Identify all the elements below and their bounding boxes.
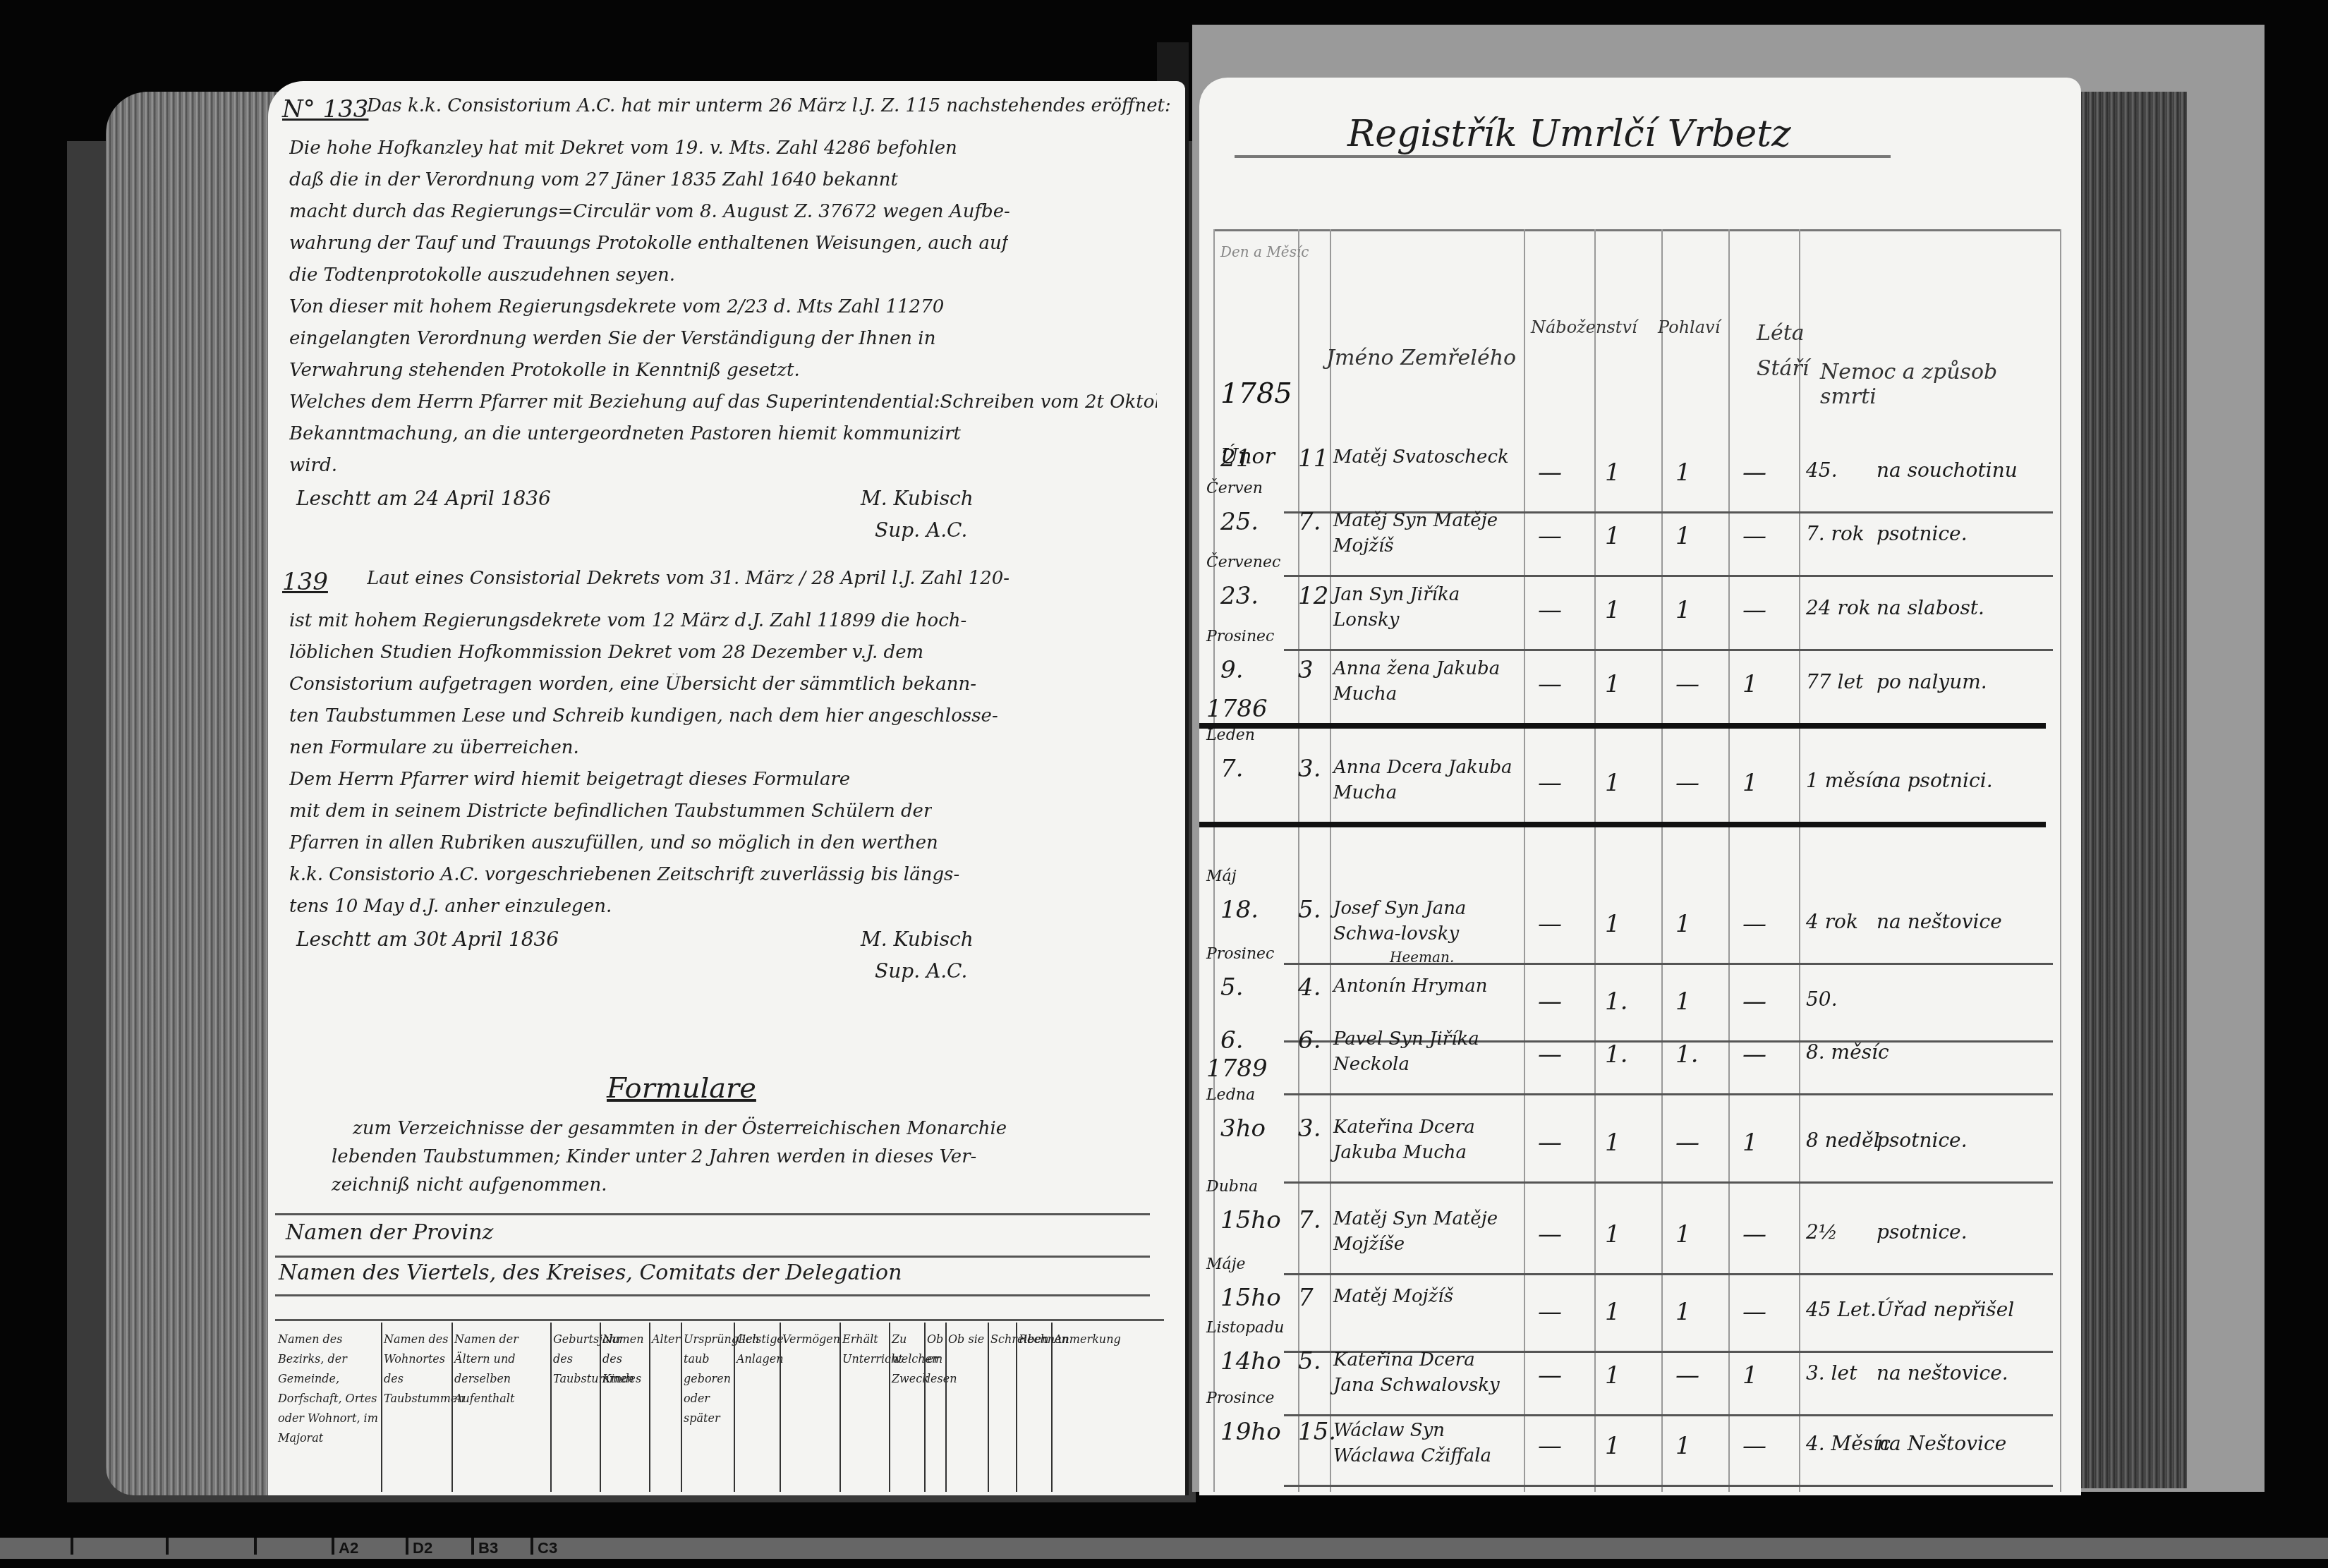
row-name: Matěj Syn Matěje Mojžíše <box>1333 1206 1520 1257</box>
row-age: 8. měsíc <box>1806 1040 1889 1064</box>
row-house: 6. <box>1298 1026 1321 1055</box>
entry-line: daß die in der Verordnung vom 27 Jäner 1… <box>289 169 898 190</box>
row-cause: Úřad nepřišel <box>1877 1298 2014 1321</box>
row-divider <box>1284 575 2053 577</box>
row-evangelical: 1 <box>1605 458 1620 487</box>
entry-line: wird. <box>289 455 337 476</box>
row-female: — <box>1742 987 1766 1016</box>
row-day: 6. <box>1220 1026 1243 1055</box>
formular-column-header: Anmerkung <box>1054 1330 1154 1349</box>
row-month: Červen <box>1206 480 1263 497</box>
entry-line: k.k. Consistorio A.C. vorgeschriebenen Z… <box>289 864 959 885</box>
entry-line: Die hohe Hofkanzley hat mit Dekret vom 1… <box>289 138 957 159</box>
formular-column-divider <box>734 1323 735 1492</box>
row-month: Ledna <box>1206 1086 1255 1104</box>
entry-line: Bekanntmachung, an die untergeordneten P… <box>289 423 961 444</box>
entry-place-date: Leschtt am 24 April 1836 <box>296 487 551 510</box>
formular-subtitle-line: zum Verzeichnisse der gesammten in der Ö… <box>353 1118 1007 1139</box>
entry-line: ten Taubstummen Lese und Schreib kundige… <box>289 705 998 727</box>
entry-place-date: Leschtt am 30t April 1836 <box>296 928 559 951</box>
entry-line: Laut eines Consistorial Dekrets vom 31. … <box>367 568 1010 589</box>
row-house: 7. <box>1298 1206 1321 1234</box>
header-age-sub: Stáří <box>1757 356 1809 381</box>
row-age: 1 měsíc <box>1806 769 1883 792</box>
row-male: 1 <box>1675 1432 1691 1460</box>
row-divider <box>1199 822 2046 827</box>
formular-column-header: Namen des Bezirks, der Gemeinde, Dorfsch… <box>278 1330 378 1448</box>
row-day: 19ho <box>1220 1418 1281 1446</box>
scan-ruler: A2 D2 B3 C3 <box>0 1538 2328 1559</box>
row-month: Prosinec <box>1206 945 1274 963</box>
row-male: — <box>1675 769 1699 797</box>
row-catholic: — <box>1538 1220 1562 1248</box>
row-male: — <box>1675 1129 1699 1157</box>
row-divider <box>1284 1414 2053 1416</box>
row-age: 45. <box>1806 458 1838 482</box>
row-month: Listopadu <box>1206 1319 1284 1337</box>
row-age: 50. <box>1806 987 1838 1011</box>
formular-column-header: Vermögen <box>782 1330 837 1349</box>
entry-line: löblichen Studien Hofkommission Dekret v… <box>289 642 923 663</box>
entry-signature: M. Kubisch <box>861 928 974 951</box>
row-cause: na neštovice. <box>1877 1361 2008 1385</box>
row-house: 11 <box>1298 444 1328 473</box>
row-male: — <box>1675 670 1699 698</box>
row-female: 1 <box>1742 1361 1758 1390</box>
row-catholic: — <box>1538 596 1562 624</box>
table-row: 2111Matěj Svatoscheck—11—45.na souchotin… <box>1199 444 2046 508</box>
formular-title: Formulare <box>607 1072 756 1105</box>
entry-line: nen Formulare zu überreichen. <box>289 737 579 758</box>
formular-column-divider <box>889 1323 890 1492</box>
formular-column-divider <box>1016 1323 1017 1492</box>
row-day: 9. <box>1220 656 1243 684</box>
row-age: 45 Let. <box>1806 1298 1877 1321</box>
entry-line: Von dieser mit hohem Regierungsdekrete v… <box>289 296 944 317</box>
row-month: Leden <box>1206 727 1255 744</box>
row-house: 3. <box>1298 755 1321 783</box>
row-age: 7. rok <box>1806 522 1865 545</box>
row-month: Dubna <box>1206 1178 1258 1196</box>
district-label: Namen des Viertels, des Kreises, Comitat… <box>279 1260 902 1285</box>
row-divider <box>1284 1093 2053 1095</box>
header-cause: Nemoc a způsob smrti <box>1820 360 2032 409</box>
row-male: — <box>1675 1361 1699 1390</box>
formular-column-divider <box>988 1323 989 1492</box>
row-female: — <box>1742 1220 1766 1248</box>
row-divider <box>1284 1273 2053 1275</box>
left-page: N° 133Das k.k. Consistorium A.C. hat mir… <box>268 81 1185 1495</box>
row-name: Josef Syn Jana Schwa-lovsky <box>1333 896 1520 947</box>
row-cause: na neštovice <box>1877 910 2002 933</box>
formular-column-header: Geistige Anlagen <box>736 1330 777 1369</box>
row-catholic: — <box>1538 987 1562 1016</box>
entry-line: Welches dem Herrn Pfarrer mit Beziehung … <box>289 391 1157 413</box>
formular-column-header: Alter <box>652 1330 678 1349</box>
row-evangelical: 1 <box>1605 769 1620 797</box>
header-date: Den a Měsíc <box>1220 243 1309 260</box>
row-female: — <box>1742 1298 1766 1326</box>
row-catholic: — <box>1538 1298 1562 1326</box>
row-cause: na souchotinu <box>1877 458 2018 482</box>
register-title: Registřík Umrlčí Vrbetz <box>1347 113 1791 155</box>
formular-column-divider <box>1051 1323 1053 1492</box>
row-evangelical: 1. <box>1605 987 1627 1016</box>
row-evangelical: 1 <box>1605 1361 1620 1390</box>
row-catholic: — <box>1538 522 1562 550</box>
row-name: Anna žena Jakuba Mucha <box>1333 656 1520 707</box>
row-day: 25. <box>1220 508 1259 536</box>
row-name: Anna Dcera Jakuba Mucha <box>1333 755 1520 806</box>
row-divider <box>1199 723 2046 729</box>
row-female: — <box>1742 522 1766 550</box>
row-house: 12 <box>1298 582 1328 610</box>
row-day: 21 <box>1220 444 1251 473</box>
row-catholic: — <box>1538 1040 1562 1069</box>
row-catholic: — <box>1538 910 1562 938</box>
formular-column-header: Ursprünglich taub geboren oder später <box>684 1330 731 1428</box>
row-evangelical: 1 <box>1605 1129 1620 1157</box>
row-month: Máj <box>1206 868 1236 885</box>
header-sex: Pohlaví <box>1658 317 1720 337</box>
row-evangelical: 1 <box>1605 522 1620 550</box>
row-female: 1 <box>1742 769 1758 797</box>
formular-subtitle-line: lebenden Taubstummen; Kinder unter 2 Jah… <box>332 1146 976 1167</box>
entry-line: die Todtenprotokolle auszudehnen seyen. <box>289 265 675 286</box>
entry-line: Verwahrung stehenden Protokolle in Kennt… <box>289 360 800 381</box>
row-male: 1 <box>1675 1220 1691 1248</box>
formular-column-divider <box>381 1323 382 1492</box>
row-catholic: — <box>1538 769 1562 797</box>
table-row: Máje15ho7Matěj Mojžíš—11—45 Let.Úřad nep… <box>1199 1284 2046 1347</box>
row-female: 1 <box>1742 1129 1758 1157</box>
formular-column-header: Geburtsjahr des Taubstummen <box>553 1330 597 1389</box>
row-note: Heeman. <box>1390 949 1454 966</box>
table-row: 6.6.Pavel Syn Jiříka Neckola—1.1.—8. měs… <box>1199 1026 2046 1090</box>
row-cause: psotnice. <box>1877 1129 1968 1152</box>
row-cause: na psotnici. <box>1877 769 1993 792</box>
row-name: Pavel Syn Jiříka Neckola <box>1333 1026 1520 1077</box>
table-row: Ledna17893ho3.Kateřina Dcera Jakuba Much… <box>1199 1114 2046 1178</box>
row-evangelical: 1 <box>1605 1432 1620 1460</box>
formular-column-divider <box>839 1323 841 1492</box>
row-day: 5. <box>1220 973 1243 1002</box>
formular-subtitle-line: zeichniß nicht aufgenommen. <box>332 1174 607 1196</box>
row-age: 77 let <box>1806 670 1863 693</box>
table-row: Červen25.7.Matěj Syn Matěje Mojžíš—11—7.… <box>1199 508 2046 571</box>
province-label: Namen der Provinz <box>286 1220 493 1245</box>
table-row: Dubna15ho7.Matěj Syn Matěje Mojžíše—11—2… <box>1199 1206 2046 1270</box>
entry-line: Dem Herrn Pfarrer wird hiemit beigetragt… <box>289 769 850 790</box>
row-evangelical: 1 <box>1605 596 1620 624</box>
row-day: 15ho <box>1220 1284 1281 1312</box>
entry-line: Pfarren in allen Rubriken auszufüllen, u… <box>289 832 938 853</box>
formular-column-header: Schreiben <box>990 1330 1013 1349</box>
row-female: — <box>1742 1432 1766 1460</box>
row-female: — <box>1742 596 1766 624</box>
formular-column-divider <box>451 1323 453 1492</box>
formular-column-header: Zu welchem Zweck <box>892 1330 921 1389</box>
row-female: — <box>1742 458 1766 487</box>
table-row: Máj18.5.Josef Syn Jana Schwa-lovsky—11—4… <box>1199 896 2046 959</box>
row-year: 1786 <box>1206 695 1268 723</box>
row-house: 4. <box>1298 973 1321 1002</box>
row-catholic: — <box>1538 458 1562 487</box>
formular-column-header: Erhält Unterricht <box>842 1330 886 1369</box>
row-male: 1 <box>1675 596 1691 624</box>
formular-column-divider <box>600 1323 601 1492</box>
row-house: 7. <box>1298 508 1321 536</box>
row-catholic: — <box>1538 1432 1562 1460</box>
row-catholic: — <box>1538 1361 1562 1390</box>
formular-column-header: Namen des Kindes <box>602 1330 646 1389</box>
row-house: 7 <box>1298 1284 1314 1312</box>
row-name: Kateřina Dcera Jana Schwalovsky <box>1333 1347 1520 1398</box>
row-age: 8 neděl <box>1806 1129 1880 1152</box>
page-edges-right <box>2067 92 2187 1488</box>
row-house: 3. <box>1298 1114 1321 1143</box>
row-female: — <box>1742 910 1766 938</box>
header-age: Léta <box>1757 321 1805 346</box>
row-name: Matěj Mojžíš <box>1333 1284 1520 1309</box>
formular-column-divider <box>780 1323 781 1492</box>
row-day: 23. <box>1220 582 1259 610</box>
row-evangelical: 1 <box>1605 670 1620 698</box>
row-male: 1 <box>1675 458 1691 487</box>
row-male: 1. <box>1675 1040 1698 1069</box>
header-name: Jméno Zemřelého <box>1326 346 1516 370</box>
entry-line: Consistorium aufgetragen worden, eine Üb… <box>289 674 976 695</box>
formular-column-header: Rechnen <box>1019 1330 1048 1349</box>
entry-number: 139 <box>282 568 328 596</box>
row-day: 7. <box>1220 755 1243 783</box>
row-cause: po nalyum. <box>1877 670 1987 693</box>
row-evangelical: 1 <box>1605 1298 1620 1326</box>
row-cause: psotnice. <box>1877 1220 1968 1244</box>
row-cause: na slabost. <box>1877 596 1984 619</box>
formular-column-header: Namen des Wohnortes des Taubstummen <box>384 1330 449 1409</box>
row-name: Wáclaw Syn Wáclawa Cžiffala <box>1333 1418 1520 1469</box>
row-age: 24 rok <box>1806 596 1871 619</box>
table-row: Listopadu14ho5.Kateřina Dcera Jana Schwa… <box>1199 1347 2046 1411</box>
formular-column-divider <box>924 1323 926 1492</box>
row-month: Prosince <box>1206 1390 1274 1407</box>
row-house: 3 <box>1298 656 1314 684</box>
entry-line: eingelangten Verordnung werden Sie der V… <box>289 328 935 349</box>
formular-column-divider <box>945 1323 947 1492</box>
header-year: 1785 <box>1220 377 1292 410</box>
row-evangelical: 1 <box>1605 910 1620 938</box>
row-divider <box>1284 1485 2053 1487</box>
header-religion: Náboženství <box>1531 317 1637 337</box>
row-catholic: — <box>1538 670 1562 698</box>
row-month: Máje <box>1206 1256 1245 1273</box>
row-male: 1 <box>1675 1298 1691 1326</box>
table-row: Leden17867.3.Anna Dcera Jakuba Mucha—1—1… <box>1199 755 2046 818</box>
entry-line: tens 10 May d.J. anher einzulegen. <box>289 896 612 917</box>
row-name: Matěj Syn Matěje Mojžíš <box>1333 508 1520 559</box>
row-cause: psotnice. <box>1877 522 1968 545</box>
row-house: 5. <box>1298 1347 1321 1375</box>
row-age: 2½ <box>1806 1220 1838 1244</box>
row-month: Prosinec <box>1206 628 1274 645</box>
formular-column-header: Ob er lesen <box>927 1330 942 1389</box>
right-page: Registřík Umrlčí Vrbetz Den a Měsíc Jmén… <box>1199 78 2081 1495</box>
table-row: Prosince19ho15.Wáclaw Syn Wáclawa Cžiffa… <box>1199 1418 2046 1481</box>
formular-column-divider <box>681 1323 682 1492</box>
row-age: 3. let <box>1806 1361 1857 1385</box>
row-female: 1 <box>1742 670 1758 698</box>
entry-signature: M. Kubisch <box>861 487 974 510</box>
row-catholic: — <box>1538 1129 1562 1157</box>
row-name: Matěj Svatoscheck <box>1333 444 1520 470</box>
row-month: Červenec <box>1206 554 1280 571</box>
entry-signature: Sup. A.C. <box>875 518 967 542</box>
row-house: 15. <box>1298 1418 1336 1446</box>
row-male: 1 <box>1675 987 1691 1016</box>
formular-column-divider <box>649 1323 650 1492</box>
row-name: Kateřina Dcera Jakuba Mucha <box>1333 1114 1520 1165</box>
row-name: Antonín Hryman <box>1333 973 1520 999</box>
entry-line: ist mit hohem Regierungsdekrete vom 12 M… <box>289 610 966 631</box>
entry-line: mit dem in seinem Districte befindlichen… <box>289 801 932 822</box>
formular-column-divider <box>550 1323 552 1492</box>
row-cause: na Neštovice <box>1877 1432 2006 1455</box>
entry-line: wahrung der Tauf und Trauungs Protokolle… <box>289 233 1008 254</box>
row-male: 1 <box>1675 522 1691 550</box>
page-edges-left <box>106 92 282 1495</box>
row-divider <box>1284 649 2053 651</box>
row-day: 15ho <box>1220 1206 1281 1234</box>
table-row: Prosinec9.3Anna žena Jakuba Mucha—1—177 … <box>1199 656 2046 719</box>
formular-column-header: Ob sie <box>948 1330 985 1349</box>
row-female: — <box>1742 1040 1766 1069</box>
row-day: 3ho <box>1220 1114 1266 1143</box>
entry-number: N° 133 <box>282 95 368 123</box>
table-column-line <box>2060 229 2061 1492</box>
row-house: 5. <box>1298 896 1321 924</box>
table-row: Červenec23.12Jan Syn Jiříka Lonsky—11—24… <box>1199 582 2046 645</box>
entry-line: Das k.k. Consistorium A.C. hat mir unter… <box>367 95 1171 116</box>
row-male: 1 <box>1675 910 1691 938</box>
entry-signature: Sup. A.C. <box>875 959 967 983</box>
formular-column-header: Namen der Ältern und derselben Aufenthal… <box>454 1330 547 1409</box>
row-divider <box>1284 1181 2053 1184</box>
row-age: 4 rok <box>1806 910 1858 933</box>
row-day: 18. <box>1220 896 1259 924</box>
row-day: 14ho <box>1220 1347 1281 1375</box>
row-year: 1789 <box>1206 1055 1268 1083</box>
row-name: Jan Syn Jiříka Lonsky <box>1333 582 1520 633</box>
row-evangelical: 1 <box>1605 1220 1620 1248</box>
row-evangelical: 1. <box>1605 1040 1627 1069</box>
entry-line: macht durch das Regierungs=Circulär vom … <box>289 201 1010 222</box>
